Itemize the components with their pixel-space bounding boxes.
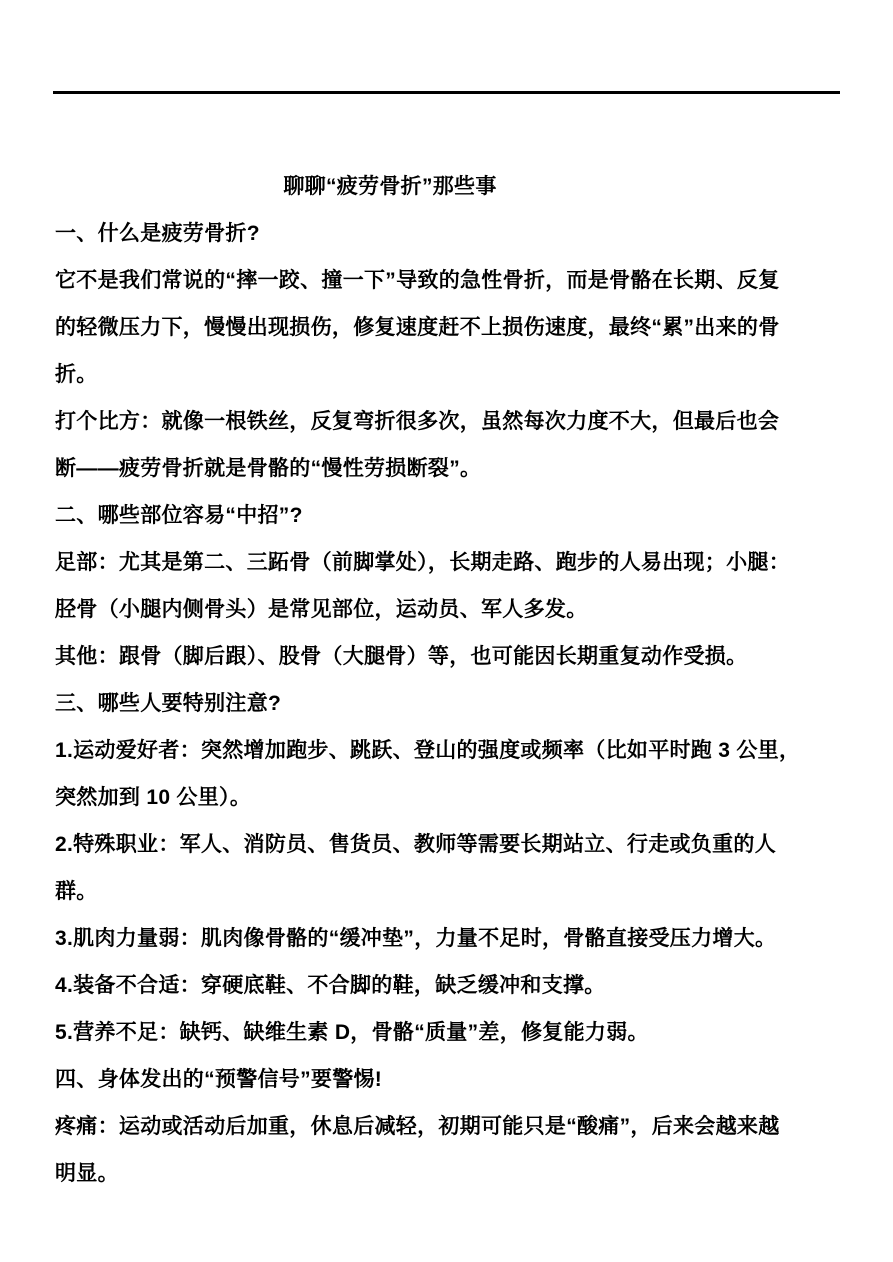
body-line: 3.肌肉力量弱：肌肉像骨骼的“缓冲垫”，力量不足时，骨骼直接受压力增大。 [55, 915, 845, 962]
document-page: 聊聊“疲劳骨折”那些事 一、什么是疲劳骨折? 它不是我们常说的“摔一跤、撞一下”… [0, 0, 893, 1262]
body-line: 打个比方：就像一根铁丝，反复弯折很多次，虽然每次力度不大，但最后也会 [55, 398, 845, 445]
section-heading-4: 四、身体发出的“预警信号”要警惕! [55, 1056, 845, 1103]
section-heading-2: 二、哪些部位容易“中招”? [55, 492, 845, 539]
section-heading-1: 一、什么是疲劳骨折? [55, 210, 845, 257]
header-separator-line [53, 91, 840, 94]
body-line: 突然加到 10 公里）。 [55, 774, 845, 821]
body-line: 4.装备不合适：穿硬底鞋、不合脚的鞋，缺乏缓冲和支撑。 [55, 962, 845, 1009]
body-line: 的轻微压力下，慢慢出现损伤，修复速度赶不上损伤速度，最终“累”出来的骨 [55, 304, 845, 351]
body-line: 5.营养不足：缺钙、缺维生素 D，骨骼“质量”差，修复能力弱。 [55, 1009, 845, 1056]
body-line: 疼痛：运动或活动后加重，休息后减轻，初期可能只是“酸痛”，后来会越来越 [55, 1103, 845, 1150]
page-title: 聊聊“疲劳骨折”那些事 [55, 163, 725, 210]
body-line: 足部：尤其是第二、三跖骨（前脚掌处），长期走路、跑步的人易出现；小腿： [55, 539, 845, 586]
body-line: 1.运动爱好者：突然增加跑步、跳跃、登山的强度或频率（比如平时跑 3 公里， [55, 727, 845, 774]
body-line: 断——疲劳骨折就是骨骼的“慢性劳损断裂”。 [55, 445, 845, 492]
body-line: 其他：跟骨（脚后跟）、股骨（大腿骨）等，也可能因长期重复动作受损。 [55, 633, 845, 680]
body-line: 胫骨（小腿内侧骨头）是常见部位，运动员、军人多发。 [55, 586, 845, 633]
body-line: 2.特殊职业：军人、消防员、售货员、教师等需要长期站立、行走或负重的人 [55, 821, 845, 868]
body-line: 它不是我们常说的“摔一跤、撞一下”导致的急性骨折，而是骨骼在长期、反复 [55, 257, 845, 304]
body-line: 折。 [55, 351, 845, 398]
document-body: 聊聊“疲劳骨折”那些事 一、什么是疲劳骨折? 它不是我们常说的“摔一跤、撞一下”… [55, 163, 845, 1197]
section-heading-3: 三、哪些人要特别注意? [55, 680, 845, 727]
body-line: 明显。 [55, 1150, 845, 1197]
body-line: 群。 [55, 868, 845, 915]
